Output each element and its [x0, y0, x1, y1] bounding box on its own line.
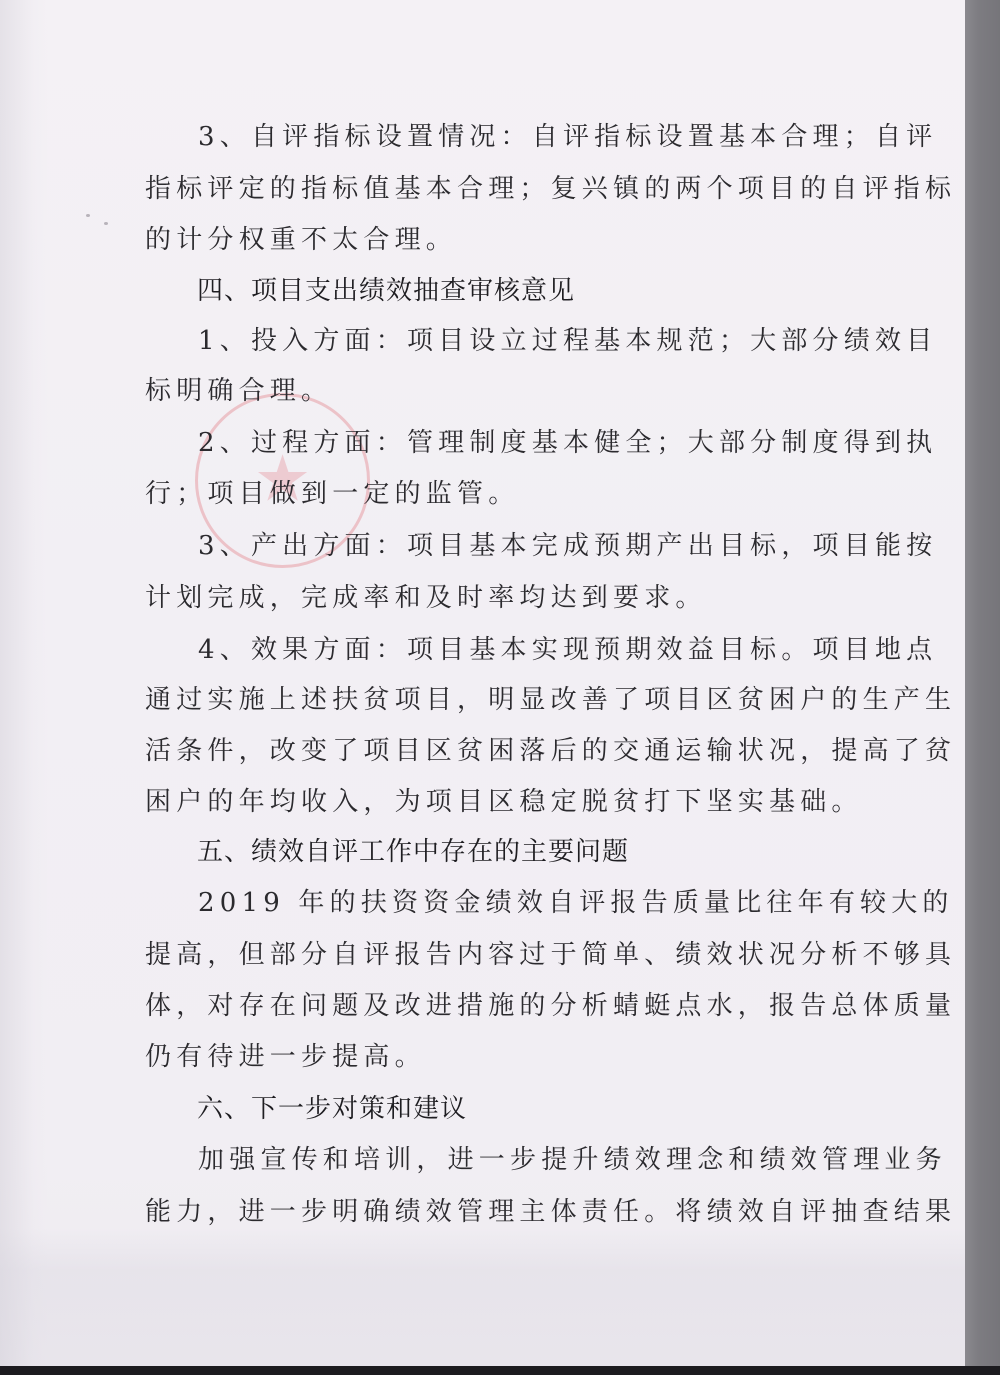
paragraph-line: 体，对存在问题及改进措施的分析蜻蜓点水，报告总体质量 [145, 980, 835, 1032]
paragraph-line: 3、自评指标设置情况：自评指标设置基本合理；自评 [198, 111, 888, 163]
scanner-shadow-edge [965, 0, 1000, 1375]
scanned-document-page: ★ 3、自评指标设置情况：自评指标设置基本合理；自评 指标评定的指标值基本合理；… [0, 0, 965, 1368]
paragraph-line: 活条件，改变了项目区贫困落后的交通运输状况，提高了贫 [145, 725, 835, 777]
section-heading-6: 六、下一步对策和建议 [197, 1083, 467, 1135]
paragraph-line: 提高，但部分自评报告内容过于简单、绩效状况分析不够具 [145, 929, 835, 981]
paragraph-line: 2、过程方面：管理制度基本健全；大部分制度得到执 [198, 417, 888, 469]
paragraph-line: 计划完成，完成率和及时率均达到要求。 [145, 572, 835, 624]
paragraph-line: 仍有待进一步提高。 [145, 1031, 835, 1083]
paragraph-line: 1、投入方面：项目设立过程基本规范；大部分绩效目 [198, 315, 888, 367]
paragraph-line: 通过实施上述扶贫项目，明显改善了项目区贫困户的生产生 [145, 674, 835, 726]
paragraph-line: 4、效果方面：项目基本实现预期效益目标。项目地点 [198, 624, 888, 676]
paragraph-line: 2019 年的扶资资金绩效自评报告质量比往年有较大的 [198, 877, 888, 929]
paragraph-line: 3、产出方面：项目基本完成预期产出目标，项目能按 [198, 520, 888, 572]
section-heading-5: 五、绩效自评工作中存在的主要问题 [197, 826, 629, 878]
paragraph-line: 标明确合理。 [145, 365, 835, 417]
scanner-bottom-edge [0, 1366, 1000, 1375]
paragraph-line: 的计分权重不太合理。 [145, 214, 835, 266]
scan-speck [104, 222, 108, 225]
paragraph-line: 指标评定的指标值基本合理；复兴镇的两个项目的自评指标 [145, 163, 835, 215]
paragraph-line: 困户的年均收入，为项目区稳定脱贫打下坚实基础。 [145, 776, 835, 828]
paragraph-line: 行；项目做到一定的监管。 [145, 468, 835, 520]
paragraph-line: 加强宣传和培训，进一步提升绩效理念和绩效管理业务 [198, 1134, 888, 1186]
scan-speck [86, 214, 90, 217]
section-heading-4: 四、项目支出绩效抽查审核意见 [197, 265, 575, 317]
paragraph-line: 能力，进一步明确绩效管理主体责任。将绩效自评抽查结果 [145, 1186, 835, 1238]
